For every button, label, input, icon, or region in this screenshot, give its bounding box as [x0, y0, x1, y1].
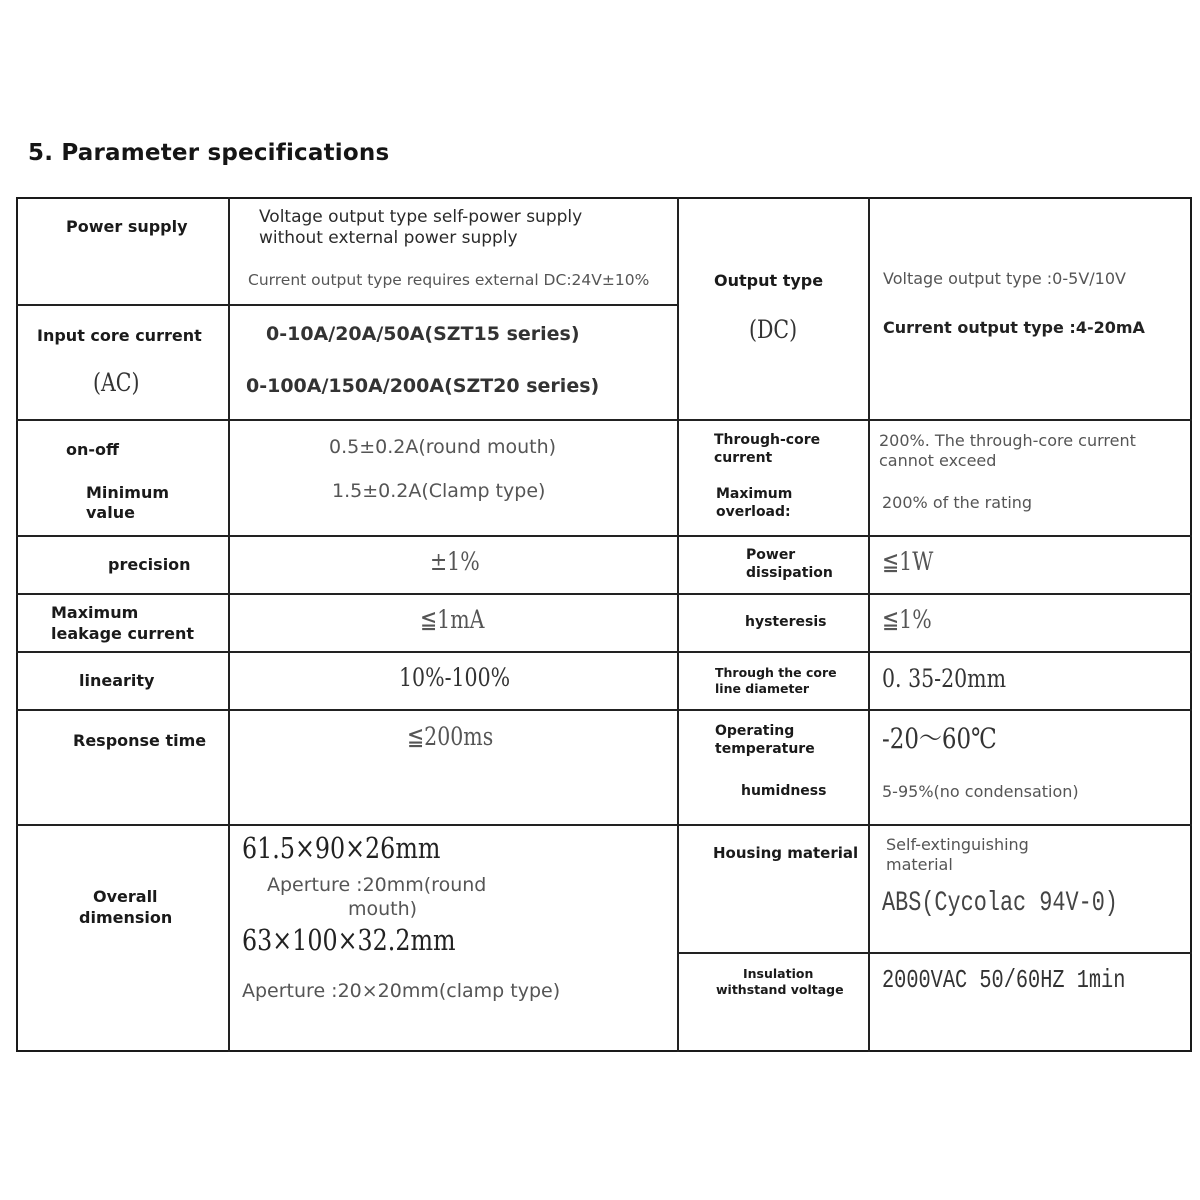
minimum-label: Minimum: [86, 484, 169, 502]
power-supply-label: Power supply: [66, 218, 188, 236]
power-dissipation-value: ≦1W: [882, 548, 933, 576]
row-divider: [16, 419, 1192, 421]
power-supply-value-line3: Current output type requires external DC…: [248, 272, 649, 289]
housing-material-label: Housing material: [713, 845, 858, 862]
hysteresis-label: hysteresis: [745, 615, 826, 631]
overall-dimension-value-line3: mouth): [348, 899, 417, 920]
column-divider: [868, 197, 870, 1052]
column-divider: [228, 197, 230, 1052]
linearity-label: linearity: [79, 672, 154, 690]
output-type-sublabel: (DC): [749, 316, 797, 344]
page-title: 5. Parameter specifications: [28, 140, 389, 166]
row-divider: [16, 535, 1192, 537]
overall-dimension-value-line2: Aperture :20mm(round: [267, 875, 486, 896]
column-divider: [677, 197, 679, 1052]
core-line-diameter-label-line2: line diameter: [715, 682, 809, 696]
output-type-value-line2: Current output type :4-20mA: [883, 319, 1145, 337]
row-divider: [16, 651, 1192, 653]
through-core-value-line3: 200% of the rating: [882, 494, 1032, 512]
power-dissipation-label-line2: dissipation: [746, 566, 833, 582]
overall-dimension-value-line4: 63×100×32.2mm: [242, 924, 456, 956]
output-type-value-line1: Voltage output type :0-5V/10V: [883, 270, 1126, 288]
precision-label: precision: [108, 556, 191, 574]
power-supply-value-line1: Voltage output type self-power supply: [259, 208, 582, 227]
housing-material-value-line3: ABS(Cycolac 94V-0): [882, 888, 1118, 919]
max-leakage-value: ≦1mA: [420, 606, 484, 634]
output-type-label: Output type: [714, 272, 823, 290]
overall-dimension-label-line2: dimension: [79, 909, 172, 927]
through-core-value-line2: cannot exceed: [879, 452, 996, 470]
max-overload-label-line2: overload:: [716, 505, 791, 521]
input-core-current-value-line2: 0-100A/150A/200A(SZT20 series): [246, 376, 599, 397]
humidness-label: humidness: [741, 784, 826, 800]
max-overload-label-line1: Maximum: [716, 487, 792, 503]
humidness-value: 5-95%(no condensation): [882, 783, 1079, 801]
row-divider: [677, 952, 1192, 954]
overall-dimension-value-line5: Aperture :20×20mm(clamp type): [242, 981, 560, 1002]
operating-temperature-label-line2: temperature: [715, 742, 815, 758]
input-core-current-sublabel: (AC): [93, 369, 139, 397]
overall-dimension-value-line1: 61.5×90×26mm: [242, 832, 440, 864]
value-label: value: [86, 504, 135, 522]
operating-temperature-value: -20～60℃: [882, 723, 997, 754]
hysteresis-value: ≦1%: [882, 606, 932, 634]
row-divider: [16, 304, 679, 306]
max-leakage-label-line1: Maximum: [51, 604, 138, 622]
response-time-label: Response time: [73, 732, 206, 750]
core-line-diameter-value: 0. 35-20mm: [882, 665, 1006, 693]
insulation-value: 2000VAC 50/60HZ 1min: [882, 966, 1125, 995]
power-supply-value-line2: without external power supply: [259, 229, 518, 248]
on-off-label: on-off: [66, 441, 119, 459]
through-core-label-line2: current: [714, 451, 772, 467]
through-core-value-line1: 200%. The through-core current: [879, 432, 1136, 450]
operating-temperature-label-line1: Operating: [715, 724, 794, 740]
power-dissipation-label-line1: Power: [746, 548, 795, 564]
housing-material-value-line2: material: [886, 856, 953, 874]
insulation-label-line2: withstand voltage: [716, 983, 844, 997]
on-off-value-line1: 0.5±0.2A(round mouth): [329, 437, 556, 458]
on-off-value-line2: 1.5±0.2A(Clamp type): [332, 481, 545, 502]
row-divider: [16, 824, 1192, 826]
precision-value: ±1%: [430, 548, 480, 576]
linearity-value: 10%-100%: [399, 664, 510, 692]
insulation-label-line1: Insulation: [743, 967, 813, 981]
housing-material-value-line1: Self-extinguishing: [886, 836, 1029, 854]
input-core-current-value-line1: 0-10A/20A/50A(SZT15 series): [266, 324, 580, 345]
core-line-diameter-label-line1: Through the core: [715, 666, 837, 680]
max-leakage-label-line2: leakage current: [51, 625, 194, 643]
response-time-value: ≦200ms: [407, 723, 493, 751]
through-core-label-line1: Through-core: [714, 433, 820, 449]
overall-dimension-label-line1: Overall: [93, 888, 158, 906]
row-divider: [16, 593, 1192, 595]
row-divider: [16, 709, 1192, 711]
input-core-current-label: Input core current: [37, 327, 202, 345]
